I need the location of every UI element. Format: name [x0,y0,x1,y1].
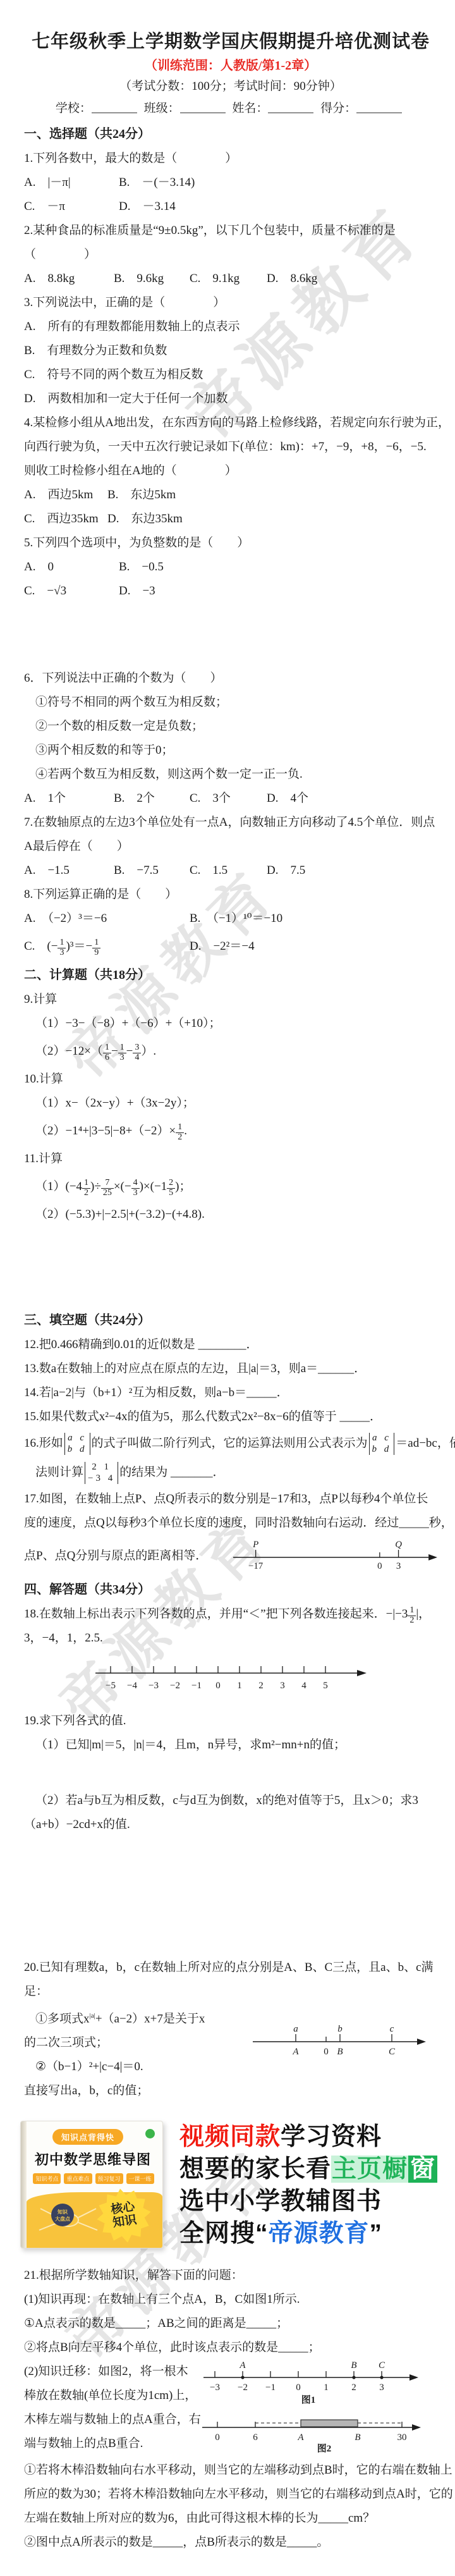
page-title: 七年级秋季上学期数学国庆假期提升培优测试卷 [24,29,437,54]
figure-1: A B C −3 −2 −1 0 1 2 3 图1 [201,2360,425,2408]
class-label: 班级： [144,102,180,115]
svg-text:−1: −1 [265,2383,276,2393]
section-choice-title: 一、选择题（共24分） [24,121,437,147]
exam-info: （考试分数：100分；考试时间：90分钟） [24,77,437,96]
fraction: 13 [58,938,66,957]
question-6-item: ③两个相反数的和等于0； [24,739,437,763]
question-2: 2.某种食品的标准质量是“9±0.5kg”，以下几个包装中，质量不标准的是 [24,219,437,243]
option: A. −1.5 [24,859,114,883]
question-4-line2: 向西行驶为负，一天中五次行驶记录如下(单位：km)：+7，−9，+8，−6，−5… [24,435,437,459]
svg-text:图1: 图1 [301,2394,315,2405]
question-16-line2: 法则计算2 1−3 4的结果为 _______． [24,1458,437,1487]
question-21: 21.根据所学数轴知识，解答下面的问题： [24,2264,437,2288]
question-6-item: ①符号不相同的两个数互为相反数； [24,690,437,715]
question-3: 3.下列说法中，正确的是（ ） [24,291,437,315]
svg-text:3: 3 [379,2383,384,2393]
question-4: 4.某检修小组从A地出发，在东西方向的马路上检修线路，若规定向东行驶为正， [24,411,437,435]
question-4-options: C. 西边35kmD. 东边35km [24,507,437,531]
determinant: 2 1−3 4 [85,1462,118,1484]
training-scope: （训练范围：人教版/第1-2章） [24,54,437,77]
question-9-part2: （2）−12×（16−13−34）. [24,1036,437,1067]
option: D. 8.6kg [267,267,317,291]
question-8-options: C. (−13)³＝−19D. −2²＝−4 [24,931,437,962]
svg-text:−3: −3 [149,1681,159,1691]
figure-2: 0 6 A B 30 图2 [201,2411,425,2455]
option: C. −√3 [24,579,119,603]
question-20-item1: ①多项式x|a|+（a−2）x+7是关于x [24,2004,252,2031]
ad-text: 视频同款学习资料 想要的家长看主页橱窗 选中小学教辅图书 全网搜“帝源教育” [179,2121,437,2252]
question-19-part2-line2: （a+b）−2cd+x的值. [24,1813,437,1837]
q17-numberline: P −17 0 Q 3 [231,1538,437,1574]
svg-text:2: 2 [258,1681,264,1691]
q21-p2-line: 木棒左端与数轴上的点A重合，右 [24,2408,201,2432]
svg-text:A: A [239,2360,246,2371]
option: D. 4个 [267,787,308,811]
book-tag: 预习复习 [95,2173,123,2184]
question-20: 20.已知有理数a，b，c在数轴上所对应的点分别是A、B、C三点，且a、b、c满 [24,1956,437,1980]
score-blank [356,101,402,113]
question-20-item1b: 的二次三项式； [24,2031,252,2055]
svg-text:a: a [293,2024,298,2034]
section-fill-title: 三、填空题（共24分） [24,1308,437,1333]
question-7-line2: A最后停在（ ） [24,835,437,859]
question-1: 1.下列各数中，最大的数是（ ） [24,147,437,171]
answer-space [24,603,437,666]
advertisement: 知识点背得快 初中数学思维导图 知识考点 重点难点 预习复习 一课一练 [24,2121,437,2252]
q18-numberline-wrap: −5 −4 −3 −2 −1 0 1 2 3 4 5 [24,1659,437,1700]
question-11: 11.计算 [24,1147,437,1171]
book-cover: 知识点背得快 初中数学思维导图 知识考点 重点难点 预习复习 一课一练 [20,2121,163,2248]
svg-text:6: 6 [253,2432,258,2443]
fraction: 725 [101,1179,114,1198]
book-spine [21,2121,27,2248]
option: D. 7.5 [267,859,305,883]
question-21-item3-line2: 所应的数为30；若将木棒沿数轴向左水平移动，则当它的右端移动到点A时，它的 [24,2482,437,2506]
svg-text:b: b [337,2024,343,2034]
determinant: a cb d [64,1433,90,1455]
svg-text:30: 30 [397,2432,406,2443]
option: C. －π [24,195,119,219]
option: C. 9.1kg [190,267,267,291]
option: A. 所有的有理数都能用数轴上的点表示 [24,315,437,339]
option: D. －3.14 [119,195,176,219]
book-title: 初中数学思维导图 [30,2149,156,2169]
option: A. 1个 [24,787,114,811]
school-label: 学校： [56,102,92,115]
question-4-options: A. 西边5kmB. 东边5km [24,483,437,507]
question-6-item: ④若两个数互为相反数，则这两个数一定一正一负. [24,763,437,787]
fraction: 16 [103,1043,111,1062]
svg-text:0: 0 [377,1561,382,1571]
book-tags: 知识考点 重点难点 预习复习 一课一练 [31,2173,156,2184]
book-tag: 知识考点 [33,2173,61,2184]
question-21-item2: ②将点B向左平移4个单位，此时该点表示的数是_____； [24,2336,437,2360]
question-8-options: A. （−2）³＝−6B. （−1）¹⁰＝−10 [24,907,437,931]
question-18: 18.在数轴上标出表示下列各数的点，并用“＜”把下列各数连接起来．−|−312|… [24,1602,437,1626]
answer-space [24,1227,437,1308]
question-21-figures: A B C −3 −2 −1 0 1 2 3 图1 [201,2360,437,2458]
fraction: 43 [131,1179,140,1198]
svg-text:B: B [355,2432,360,2443]
answer-space [24,1837,437,1956]
ad-line-3: 选中小学教辅图书 [179,2185,437,2217]
question-9: 9.计算 [24,988,437,1012]
option: B. −0.5 [119,555,164,579]
question-11-part1: （1）(−412)÷725×(−43)×(−125)； [24,1171,437,1203]
option: A. 8.8kg [24,267,114,291]
question-10: 10.计算 [24,1067,437,1091]
svg-text:1: 1 [237,1681,242,1691]
svg-text:4: 4 [301,1681,306,1691]
fraction: 19 [92,938,100,957]
exponent: |a| [90,2012,95,2020]
svg-text:−4: −4 [127,1681,137,1691]
option: C. 3个 [190,787,267,811]
fraction: 13 [118,1043,126,1062]
section-solution-title: 四、解答题（共34分） [24,1577,437,1602]
fraction: 12 [176,1123,184,1142]
question-7: 7.在数轴原点的左边3个单位处有一点A，向数轴正方向移动了4.5个单位．则点 [24,811,437,835]
school-blank [92,101,137,113]
svg-text:0: 0 [215,1681,221,1691]
svg-text:A: A [292,2047,299,2057]
fraction: 12 [408,1606,416,1625]
class-blank [180,101,226,113]
section-calculation-title: 二、计算题（共18分） [24,962,437,988]
determinant: a cb d [369,1433,395,1455]
question-6-options: A. 1个B. 2个C. 3个D. 4个 [24,787,437,811]
option: D. 东边35km [107,507,183,531]
svg-text:Q: Q [395,1540,402,1550]
option: C. 西边35km [24,507,107,531]
option: B. 9.6kg [114,267,190,291]
book-tag: 重点难点 [64,2173,92,2184]
question-9-part1: （1）−3−（−8）+（−6）+（+10）； [24,1012,437,1036]
green-dot-icon [145,2129,155,2138]
test-paper-page: 帝源教育 帝源教育 帝源教育 帝源教育 七年级秋季上学期数学国庆假期提升培优测试… [0,0,455,2576]
option: D. 两数相加和一定大于任何一个加数 [24,387,437,411]
question-20-item2: ②（b−1）²+|c−4|＝0. [24,2055,252,2079]
question-21-part2-text: (2)知识迁移：如图2，将一根木 棒放在数轴(单位长度为1cm)上， 木棒左端与… [24,2360,201,2456]
question-10-part1: （1）x−（2x−y）+（3x−2y）； [24,1091,437,1115]
question-1-options: A. |－π|B. －(－3.14) [24,171,437,195]
question-5-options: C. −√3D. −3 [24,579,437,603]
svg-text:A: A [297,2432,304,2443]
question-10-part2: （2）−1⁴+|3−5|−8+（−2）×12. [24,1115,437,1147]
option: C. 1.5 [190,859,267,883]
question-18-line2: 3，−4，1，2.5. [24,1626,437,1650]
answer-space [24,1757,437,1789]
q20-numberline: a b c A 0 B C [252,2021,428,2059]
svg-text:−17: −17 [248,1561,263,1571]
ad-line-2: 想要的家长看主页橱窗 [179,2153,437,2185]
question-6: 6．下列说法中正确的个数为（ ） [24,666,437,690]
svg-text:C: C [379,2360,385,2371]
option: B. 2个 [114,787,190,811]
question-20-row: ①多项式x|a|+（a−2）x+7是关于x 的二次三项式； ②（b−1）²+|c… [24,2004,437,2079]
svg-text:5: 5 [323,1681,328,1691]
question-1-options: C. －πD. －3.14 [24,195,437,219]
question-21-item1: ①A点表示的数是_____；AB之间的距离是_____； [24,2312,437,2336]
question-17-line3-row: 点P、点Q分别与原点的距离相等． P −17 0 Q 3 [24,1535,437,1577]
question-16: 16.形如a cb d的式子叫做二阶行列式，它的运算法则用公式表示为a cb d… [24,1429,437,1458]
question-11-part2: （2）(−5.3)+|−2.5|+(−3.2)−(+4.8). [24,1203,437,1227]
question-17-line2: 度的速度，点Q以每秒3个单位长度的速度，同时沿数轴向右运动．经过_____秒， [24,1511,437,1535]
question-12: 12.把0.466精确到0.01的近似数是 ________． [24,1333,437,1357]
svg-text:−2: −2 [170,1681,180,1691]
book-tag: 一课一练 [126,2173,154,2184]
svg-text:B: B [337,2047,343,2057]
option: A. 西边5km [24,483,107,507]
svg-text:C: C [389,2047,396,2057]
question-5-options: A. 0B. −0.5 [24,555,437,579]
q21-p2-line: (2)知识迁移：如图2，将一根木 [24,2360,201,2384]
question-17-line3: 点P、点Q分别与原点的距离相等． [24,1544,231,1568]
option: C. 符号不同的两个数互为相反数 [24,363,437,387]
question-19: 19.求下列各式的值. [24,1709,437,1733]
book-badge: 知识点背得快 [52,2129,123,2145]
svg-text:B: B [351,2360,356,2371]
option: D. −3 [119,579,155,603]
question-21-part1: (1)知识再现：在数轴上有三个点A，B，C如图1所示. [24,2288,437,2312]
name-label: 姓名： [232,102,268,115]
fraction: 12 [82,1179,90,1198]
option: C. (−13)³＝−19 [24,931,190,962]
fraction: 25 [167,1179,175,1198]
question-20-tail: 直接写出a，b，c的值； [24,2079,437,2103]
question-21-part2-row: (2)知识迁移：如图2，将一根木 棒放在数轴(单位长度为1cm)上， 木棒左端与… [24,2360,437,2458]
question-17: 17.如图，在数轴上点P、点Q所表示的数分别是−17和3，点P以每秒4个单位长 [24,1487,437,1511]
option: B. 有理数分为正数和负数 [24,339,437,363]
svg-text:2: 2 [351,2383,356,2393]
score-label: 得分： [320,102,356,115]
question-6-item: ②一个数的相反数一定是负数； [24,715,437,739]
q21-p2-line: 棒放在数轴(单位长度为1cm)上， [24,2384,201,2408]
option: B. 东边5km [107,483,176,507]
svg-text:−2: −2 [238,2383,248,2393]
question-8: 8.下列运算正确的是（ ） [24,883,437,907]
question-21-item4: ②图中点A所表示的数是_____，点B所表示的数是_____。 [24,2530,437,2555]
ad-line-1: 视频同款学习资料 [179,2121,437,2153]
question-15: 15.如果代数式x²−4x的值为5，那么代数式2x²−8x−6的值等于 ____… [24,1405,437,1429]
q18-numberline: −5 −4 −3 −2 −1 0 1 2 3 4 5 [92,1659,370,1697]
option: A. |－π| [24,171,119,195]
svg-text:−3: −3 [210,2383,220,2393]
question-21-item3-line3: 左端在数轴上所对应的数为6，由此可得这根木棒的长为_____cm？ [24,2506,437,2530]
option: B. －(－3.14) [119,171,195,195]
question-14: 14.若|a−2|与（b+1）²互为相反数，则a−b＝_____． [24,1381,437,1405]
question-19-part1: （1）已知|m|＝5，|n|＝4，且m，n异号，求m²−mn+n的值； [24,1733,437,1757]
svg-text:0: 0 [296,2383,301,2393]
svg-text:图2: 图2 [317,2443,331,2454]
ad-line-4: 全网搜“帝源教育” [179,2217,437,2250]
question-4-line3: 则收工时检修小组在A地的（ ） [24,459,437,483]
name-blank [268,101,313,113]
option: A. （−2）³＝−6 [24,907,190,931]
svg-text:1: 1 [324,2383,329,2393]
question-7-options: A. −1.5B. −7.5C. 1.5D. 7.5 [24,859,437,883]
question-2-line2: （ ） [24,243,437,267]
question-20-line2: 足： [24,1980,437,2004]
option: B. （−1）¹⁰＝−10 [190,907,282,931]
question-5: 5.下列四个选项中，为负整数的是（ ） [24,531,437,555]
question-20-left: ①多项式x|a|+（a−2）x+7是关于x 的二次三项式； ②（b−1）²+|c… [24,2004,252,2079]
question-13: 13.数a在数轴上的对应点在原点的左边，且|a|＝3，则a＝______． [24,1357,437,1381]
question-2-options: A. 8.8kgB. 9.6kgC. 9.1kgD. 8.6kg [24,267,437,291]
question-19-part2: （2）若a与b互为相反数，c与d互为倒数，x的绝对值等于5，且x＞0；求3 [24,1789,437,1813]
option: B. −7.5 [114,859,190,883]
student-fields: 学校： 班级： 姓名： 得分： [24,96,437,121]
svg-text:−1: −1 [191,1681,202,1691]
svg-text:−5: −5 [106,1681,116,1691]
fraction: 34 [133,1043,141,1062]
svg-text:3: 3 [396,1561,401,1571]
svg-text:P: P [252,1540,258,1550]
option: D. −2²＝−4 [190,931,255,962]
q21-p2-line: 端与数轴上的点B重合. [24,2432,201,2456]
svg-text:3: 3 [280,1681,285,1691]
svg-text:c: c [390,2024,394,2034]
question-21-item3: ①若将木棒沿数轴向右水平移动，则当它的左端移动到点B时，它的右端在数轴上 [24,2458,437,2482]
option: A. 0 [24,555,119,579]
svg-text:0: 0 [215,2432,220,2443]
svg-text:0: 0 [324,2047,329,2057]
